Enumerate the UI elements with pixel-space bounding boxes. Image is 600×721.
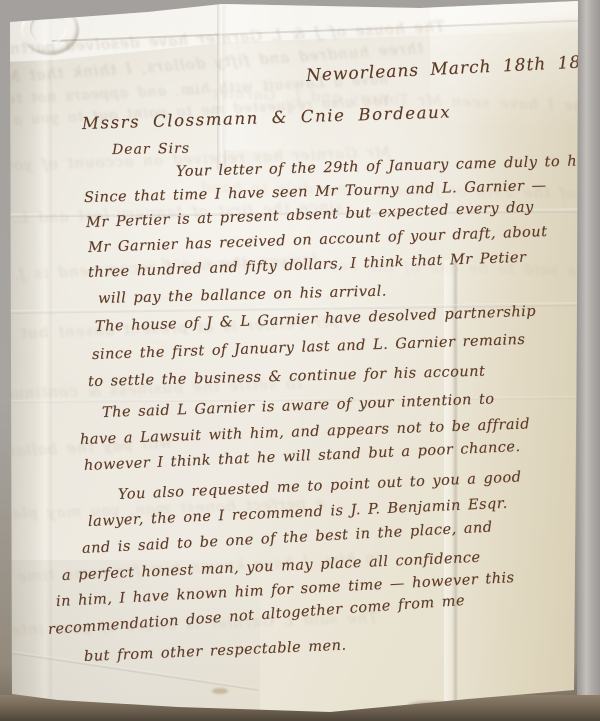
letter-body-line: will pay the ballance on his arrival. xyxy=(98,283,387,307)
background-right-strip xyxy=(577,0,600,721)
letter-paper-sheet: The house of J & L Garnier have desolved… xyxy=(0,0,600,721)
letter-photo: The house of J & L Garnier have desolved… xyxy=(0,0,600,721)
fold-shading-left xyxy=(8,0,52,721)
foxing-stain xyxy=(212,688,228,694)
letter-body-line: but from other respectable men. xyxy=(84,638,347,665)
letter-salutation: Dear Sirs xyxy=(112,141,190,158)
